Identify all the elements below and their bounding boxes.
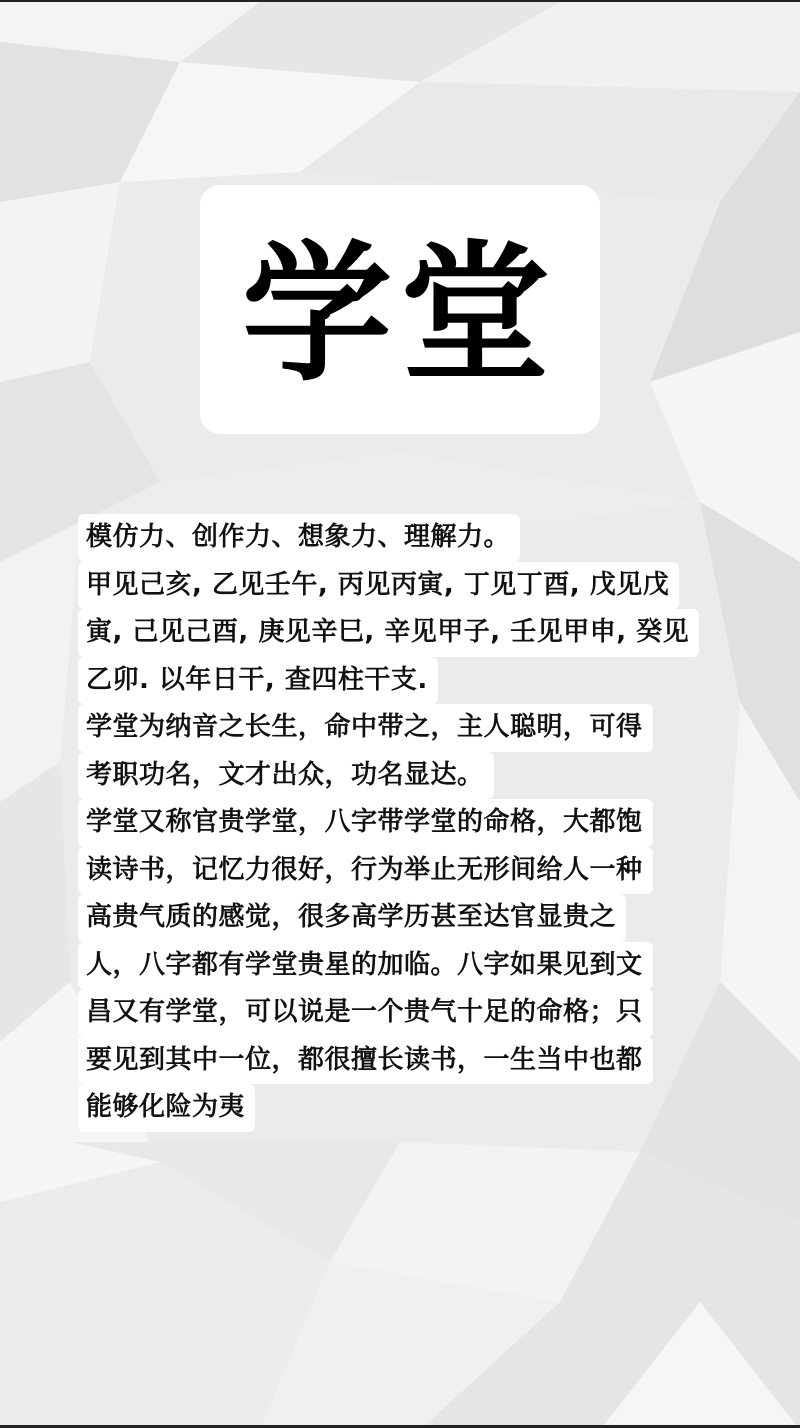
body-text: 模仿力、创作力、想象力、理解力。 甲见己亥, 乙见壬午, 丙见丙寅, 丁见丁酉,…: [78, 514, 728, 1132]
text-line: 高贵气质的感觉，很多高学历甚至达官显贵之: [78, 894, 626, 942]
text-line: 乙卯. 以年日干, 查四柱干支.: [78, 657, 438, 705]
text-line: 考职功名，文才出众，功名显达。: [78, 752, 494, 800]
text-line: 能够化险为夷: [78, 1084, 255, 1132]
text-line: 要见到其中一位，都很擅长读书，一生当中也都: [78, 1037, 653, 1085]
text-line: 寅, 己见己酉, 庚见辛巳, 辛见甲子, 壬见甲申, 癸见: [78, 609, 699, 657]
text-line: 学堂为纳音之长生，命中带之，主人聪明，可得: [78, 704, 653, 752]
text-line: 读诗书，记忆力很好，行为举止无形间给人一种: [78, 847, 653, 895]
text-line: 模仿力、创作力、想象力、理解力。: [78, 514, 520, 562]
page-frame: 学堂 模仿力、创作力、想象力、理解力。 甲见己亥, 乙见壬午, 丙见丙寅, 丁见…: [0, 0, 800, 1428]
title-card: 学堂: [200, 185, 600, 434]
page-title: 学堂: [242, 240, 558, 390]
text-line: 昌又有学堂，可以说是一个贵气十足的命格；只: [78, 989, 653, 1037]
text-line: 人，八字都有学堂贵星的加临。八字如果见到文: [78, 942, 653, 990]
text-line: 甲见己亥, 乙见壬午, 丙见丙寅, 丁见丁酉, 戊见戊: [78, 562, 679, 610]
text-line: 学堂又称官贵学堂，八字带学堂的命格，大都饱: [78, 799, 653, 847]
